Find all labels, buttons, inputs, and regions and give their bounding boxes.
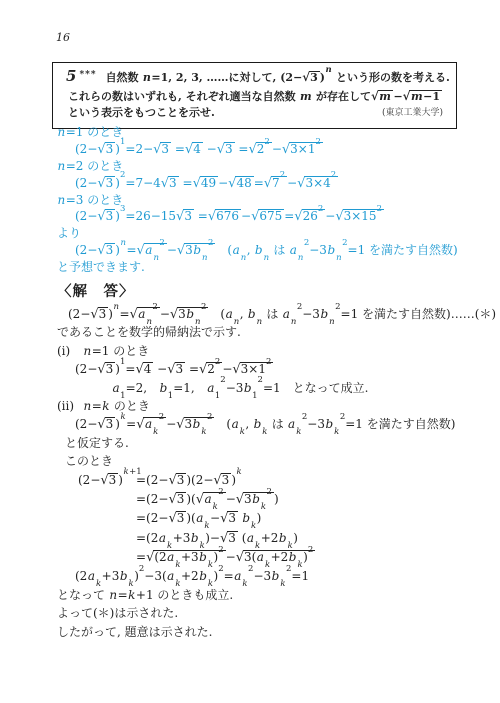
equation-block: (2−√3)k+1=(2−√3)(2−√3)k=(2−√3)(√ak2−√3bk… (57, 471, 467, 568)
equation-row: (2−√3)k+1=(2−√3)(2−√3)k (78, 471, 467, 490)
line-text: n=k のとき (83, 399, 150, 413)
sqrt-expression: √3bk2 (236, 492, 274, 506)
equation-lhs (78, 509, 136, 528)
case-label-line: n=3 のとき (57, 192, 467, 209)
line-text: と仮定する. (65, 436, 129, 450)
problem-source: (東京工業大学) (382, 105, 443, 122)
equation-row: =√(2ak+3bk)2−√3(ak+2bk)2 (78, 548, 467, 567)
sqrt-expression: √3 (220, 511, 238, 525)
difficulty-stars: *** (79, 70, 96, 80)
sqrt-expression: √3 (217, 142, 235, 156)
sqrt-expression: √72 (264, 176, 287, 190)
page-content: n=1 のとき(2−√3)1=2−√3 =√4 −√3 =√22−√3×12n=… (57, 124, 467, 641)
sqrt-expression: √3 (97, 362, 115, 376)
equation-rhs: =(2−√3)(ak−√3 bk) (136, 509, 261, 528)
equation-lhs (78, 548, 136, 567)
sqrt-expression: √4 (185, 142, 203, 156)
problem-box: 5***自然数 n=1, 2, 3, ……に対して, (2−√3)n という形の… (52, 62, 457, 129)
line-text: したがって, 題意は示された. (57, 625, 212, 639)
textbook-page: 16 5***自然数 n=1, 2, 3, ……に対して, (2−√3)n とい… (0, 0, 500, 703)
sqrt-expression: √675 (251, 209, 284, 223)
sqrt-expression: √22 (199, 362, 222, 376)
sqrt-expression: √ak2 (196, 492, 226, 506)
line-text: (2−√3)n=√an2−√3bn2 (an, bn は an2−3bn2=1 … (68, 307, 496, 321)
line-text: (2−√3)2=7−4√3 =√49−√48=√72−√3×42 (75, 176, 338, 190)
text-line: このとき (57, 452, 467, 470)
problem-statement-line: これらの数はいずれも, それぞれ適当な自然数 m が存在して√m−√m−1 (66, 88, 443, 106)
problem-statement-line: 5***自然数 n=1, 2, 3, ……に対して, (2−√3)n という形の… (66, 68, 443, 88)
line-text: このとき (65, 454, 113, 468)
sqrt-expression: √3 (97, 142, 115, 156)
sqrt-expression: √m (371, 90, 393, 103)
sqrt-expression: √m−1 (403, 90, 442, 103)
sqrt-expression: √3×12 (232, 362, 273, 376)
list-item-line: (i)n=1 のとき (57, 342, 467, 360)
equation-row: =(2−√3)(ak−√3 bk) (78, 509, 467, 528)
sqrt-expression: √3 (97, 176, 115, 190)
line-text: (2−√3)1=√4 −√3 =√22−√3×12 (75, 362, 273, 376)
formula-line: a1=2, b1=1, a12−3b12=1 となって成立. (57, 379, 467, 397)
problem-text: これらの数はいずれも, それぞれ適当な自然数 m が存在して√m−√m−1 (68, 90, 442, 103)
sqrt-expression: √3 (168, 492, 186, 506)
case-label-line: と予想できます. (57, 259, 467, 276)
line-text: (2−√3)k=√ak2−√3bk2 (ak, bk は ak2−3bk2=1 … (75, 417, 455, 431)
line-text: n=3 のとき (57, 193, 123, 207)
equation-lhs: (2−√3)k+1 (78, 471, 136, 490)
sqrt-expression: √3bk2 (176, 417, 214, 431)
text-line: したがって, 題意は示された. (57, 623, 467, 641)
line-text: (2−√3)1=2−√3 =√4 −√3 =√22−√3×12 (75, 142, 323, 156)
sqrt-expression: √3 (168, 511, 186, 525)
formula-line: (2ak+3bk)2−3(ak+2bk)2=ak2−3bk2=1 (57, 567, 467, 585)
sqrt-expression: √3bn2 (177, 243, 216, 257)
sqrt-expression: √(2ak+3bk)2 (146, 550, 226, 564)
problem-text: という表示をもつことを示せ. (68, 105, 215, 122)
sqrt-expression: √22 (248, 142, 271, 156)
case-label-line: n=1 のとき (57, 124, 467, 141)
sqrt-expression: √3 (168, 473, 186, 487)
equation-rhs: =(2−√3)(√ak2−√3bk2) (136, 490, 279, 509)
equation-row: =(2−√3)(√ak2−√3bk2) (78, 490, 467, 509)
sqrt-expression: √3 (220, 531, 238, 545)
formula-line: (2−√3)n=√an2−√3bn2 (an, bn は an2−3bn2=1 … (57, 242, 467, 259)
sqrt-expression: √3bn2 (170, 307, 209, 321)
line-text: n=1 のとき (83, 344, 149, 358)
sqrt-expression: √3 (97, 417, 115, 431)
line-text: となって n=k+1 のときも成立. (57, 588, 233, 602)
sqrt-expression: √3×42 (297, 176, 338, 190)
line-text: (2−√3)n=√an2−√3bn2 (an, bn は an2−3bn2=1 … (75, 243, 458, 257)
line-text: と予想できます. (57, 260, 145, 274)
sqrt-expression: √3 (213, 473, 231, 487)
formula-line: (2−√3)k=√ak2−√3bk2 (ak, bk は ak2−3bk2=1 … (57, 415, 467, 433)
sqrt-expression: √3 (97, 243, 115, 257)
sqrt-expression: √3 (176, 209, 194, 223)
sqrt-expression: √3 (167, 362, 185, 376)
equation-lhs (78, 490, 136, 509)
line-text: よって(＊)は示された. (57, 606, 178, 620)
case-label-line: n=2 のとき (57, 158, 467, 175)
list-item-line: (ii)n=k のとき (57, 397, 467, 415)
sqrt-expression: √3 (100, 473, 118, 487)
line-text: n=1 のとき (57, 125, 123, 139)
formula-line: (2−√3)1=2−√3 =√4 −√3 =√22−√3×12 (57, 141, 467, 158)
equation-rhs: =(2−√3)(2−√3)k (136, 471, 242, 490)
equation-row: =(2ak+3bk)−√3 (ak+2bk) (78, 529, 467, 548)
line-text: a1=2, b1=1, a12−3b12=1 となって成立. (112, 381, 368, 395)
sqrt-expression: √3×12 (282, 142, 323, 156)
equation-rhs: =(2ak+3bk)−√3 (ak+2bk) (136, 529, 298, 548)
conjecture-section: n=1 のとき(2−√3)1=2−√3 =√4 −√3 =√22−√3×12n=… (57, 124, 467, 276)
page-number: 16 (56, 31, 70, 44)
sqrt-expression: √3 (153, 142, 171, 156)
sqrt-expression: √3(ak+2bk)2 (236, 550, 316, 564)
list-marker: (ii) (57, 397, 83, 415)
equation-lhs (78, 529, 136, 548)
sqrt-expression: √3 (97, 209, 115, 223)
sqrt-expression: √an2 (137, 243, 167, 257)
sqrt-expression: √3 (90, 307, 108, 321)
solution-section: (2−√3)n=√an2−√3bn2 (an, bn は an2−3bn2=1 … (57, 305, 467, 641)
sqrt-expression: √3×152 (335, 209, 384, 223)
formula-line: (2−√3)3=26−15√3 =√676−√675=√262−√3×152 (57, 208, 467, 225)
line-text: (2ak+3bk)2−3(ak+2bk)2=ak2−3bk2=1 (75, 569, 309, 583)
sqrt-expression: √3 (302, 71, 319, 84)
sqrt-expression: √49 (193, 176, 219, 190)
sqrt-expression: √262 (294, 209, 325, 223)
problem-number: 5 (66, 67, 76, 85)
line-text: n=2 のとき (57, 159, 123, 173)
formula-line: (2−√3)2=7−4√3 =√49−√48=√72−√3×42 (57, 175, 467, 192)
sqrt-expression: √48 (228, 176, 254, 190)
case-label-line: より (57, 225, 467, 242)
sqrt-expression: √an2 (130, 307, 160, 321)
list-marker: (i) (57, 342, 83, 360)
sqrt-expression: √3 (161, 176, 179, 190)
sqrt-expression: √ak2 (136, 417, 166, 431)
text-line: よって(＊)は示された. (57, 604, 467, 622)
sqrt-expression: √676 (208, 209, 241, 223)
text-line: となって n=k+1 のときも成立. (57, 586, 467, 604)
line-text: であることを数学的帰納法で示す. (57, 325, 241, 339)
formula-line: (2−√3)n=√an2−√3bn2 (an, bn は an2−3bn2=1 … (57, 305, 467, 323)
problem-text: 自然数 n=1, 2, 3, ……に対して, (2−√3)n という形の数を考え… (106, 71, 450, 84)
sqrt-expression: √4 (135, 362, 153, 376)
line-text: (2−√3)3=26−15√3 =√676−√675=√262−√3×152 (75, 209, 384, 223)
problem-statement-line: という表示をもつことを示せ. (東京工業大学) (66, 105, 443, 122)
line-text: より (57, 226, 81, 240)
